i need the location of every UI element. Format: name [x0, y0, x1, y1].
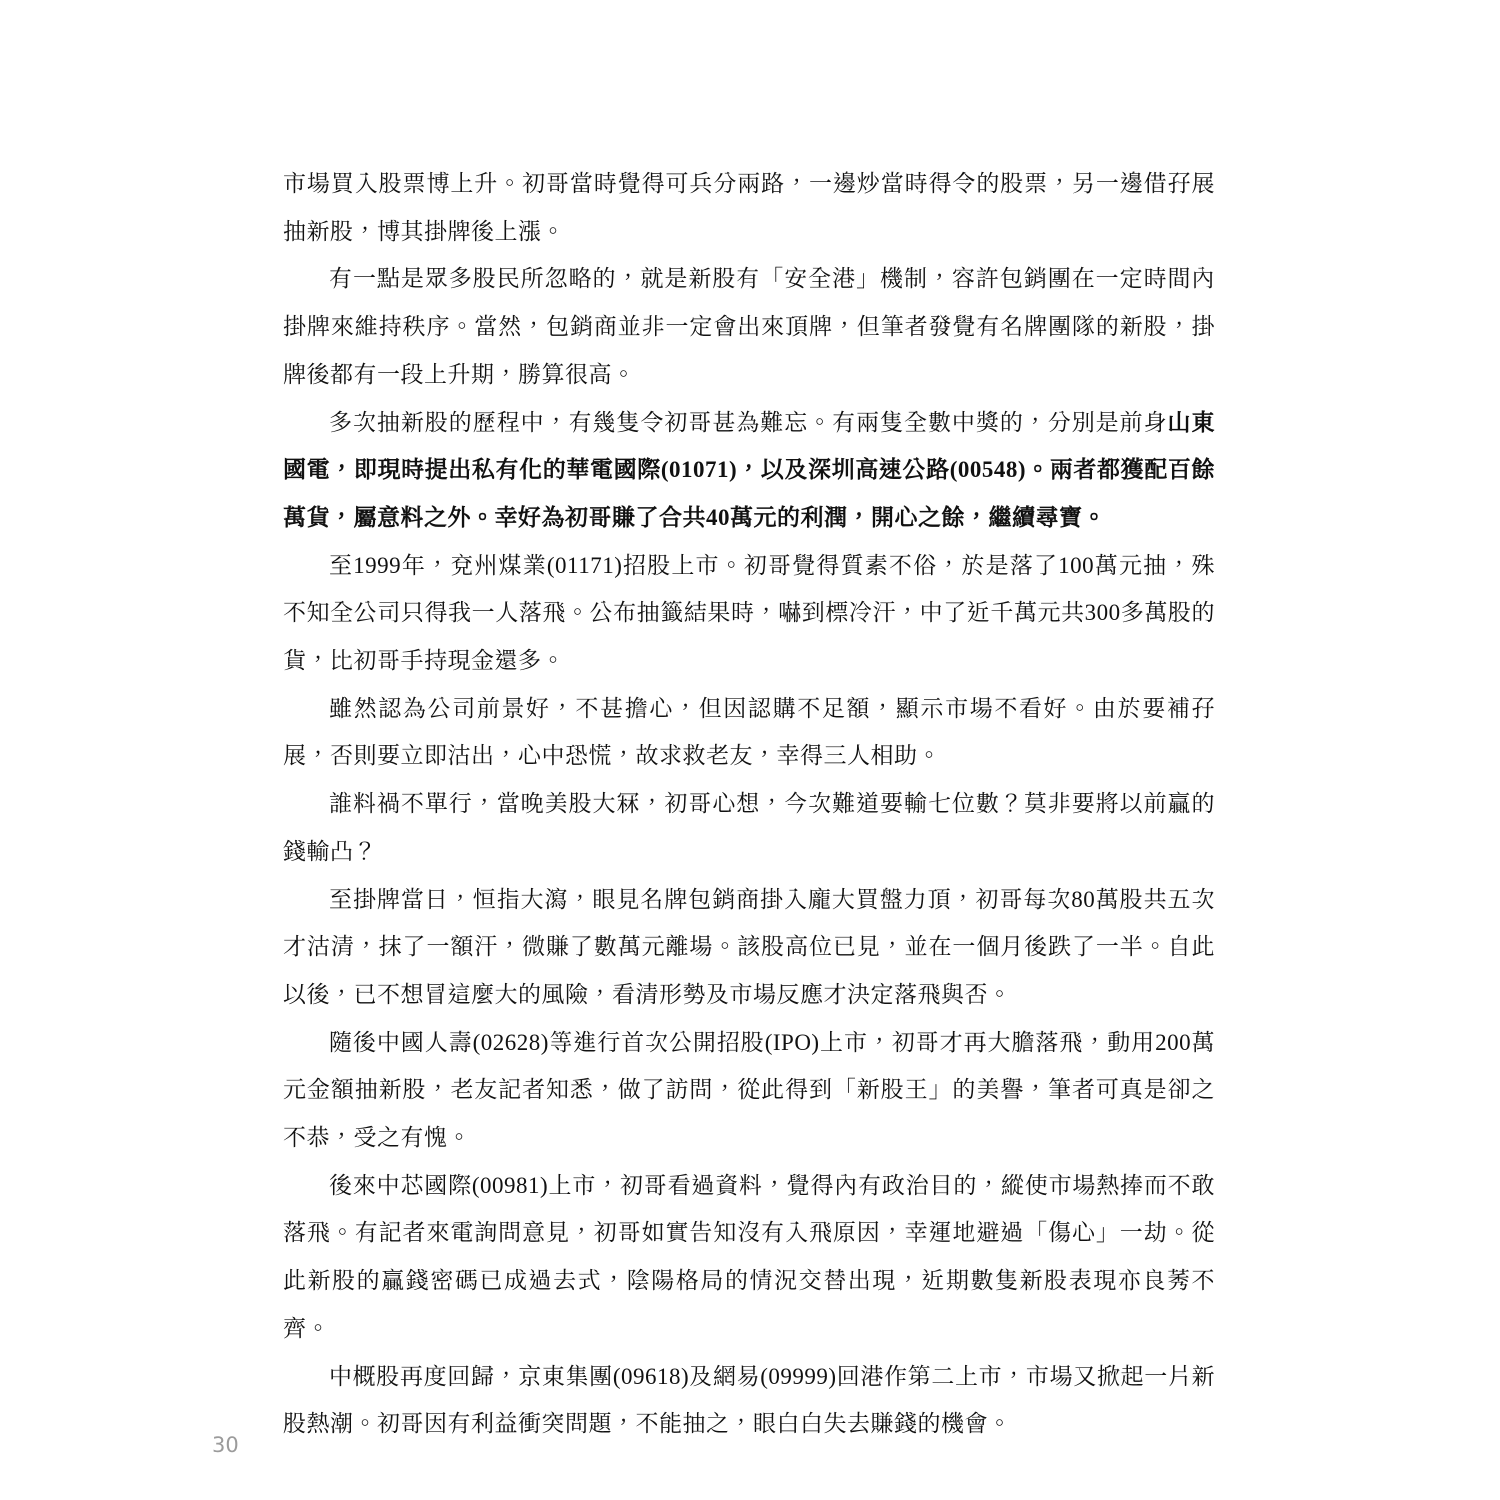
paragraph-8: 隨後中國人壽(02628)等進行首次公開招股(IPO)上市，初哥才再大膽落飛，動… — [283, 1019, 1215, 1162]
book-page: 市場買入股票博上升。初哥當時覺得可兵分兩路，一邊炒當時得令的股票，另一邊借孖展抽… — [0, 0, 1500, 1500]
paragraph-9: 後來中芯國際(00981)上市，初哥看過資料，覺得內有政治目的，縱使市場熱捧而不… — [283, 1162, 1215, 1353]
paragraph-7: 至掛牌當日，恒指大瀉，眼見名牌包銷商掛入龐大買盤力頂，初哥每次80萬股共五次才沽… — [283, 876, 1215, 1019]
paragraph-5: 雖然認為公司前景好，不甚擔心，但因認購不足額，顯示市場不看好。由於要補孖展，否則… — [283, 685, 1215, 780]
paragraph-2: 有一點是眾多股民所忽略的，就是新股有「安全港」機制，容許包銷團在一定時間內掛牌來… — [283, 255, 1215, 398]
page-number: 30 — [212, 1432, 239, 1458]
body-text: 市場買入股票博上升。初哥當時覺得可兵分兩路，一邊炒當時得令的股票，另一邊借孖展抽… — [283, 160, 1215, 1448]
paragraph-4: 至1999年，兗州煤業(01171)招股上市。初哥覺得質素不俗，於是落了100萬… — [283, 542, 1215, 685]
paragraph-3-regular-text: 多次抽新股的歷程中，有幾隻令初哥甚為難忘。有兩隻全數中獎的，分別是前身 — [329, 410, 1168, 435]
paragraph-6: 誰料禍不單行，當晚美股大冧，初哥心想，今次難道要輸七位數？莫非要將以前贏的錢輸凸… — [283, 780, 1215, 875]
paragraph-3: 多次抽新股的歷程中，有幾隻令初哥甚為難忘。有兩隻全數中獎的，分別是前身山東國電，… — [283, 399, 1215, 542]
paragraph-1: 市場買入股票博上升。初哥當時覺得可兵分兩路，一邊炒當時得令的股票，另一邊借孖展抽… — [283, 160, 1215, 255]
paragraph-10: 中概股再度回歸，京東集團(09618)及網易(09999)回港作第二上市，市場又… — [283, 1353, 1215, 1448]
